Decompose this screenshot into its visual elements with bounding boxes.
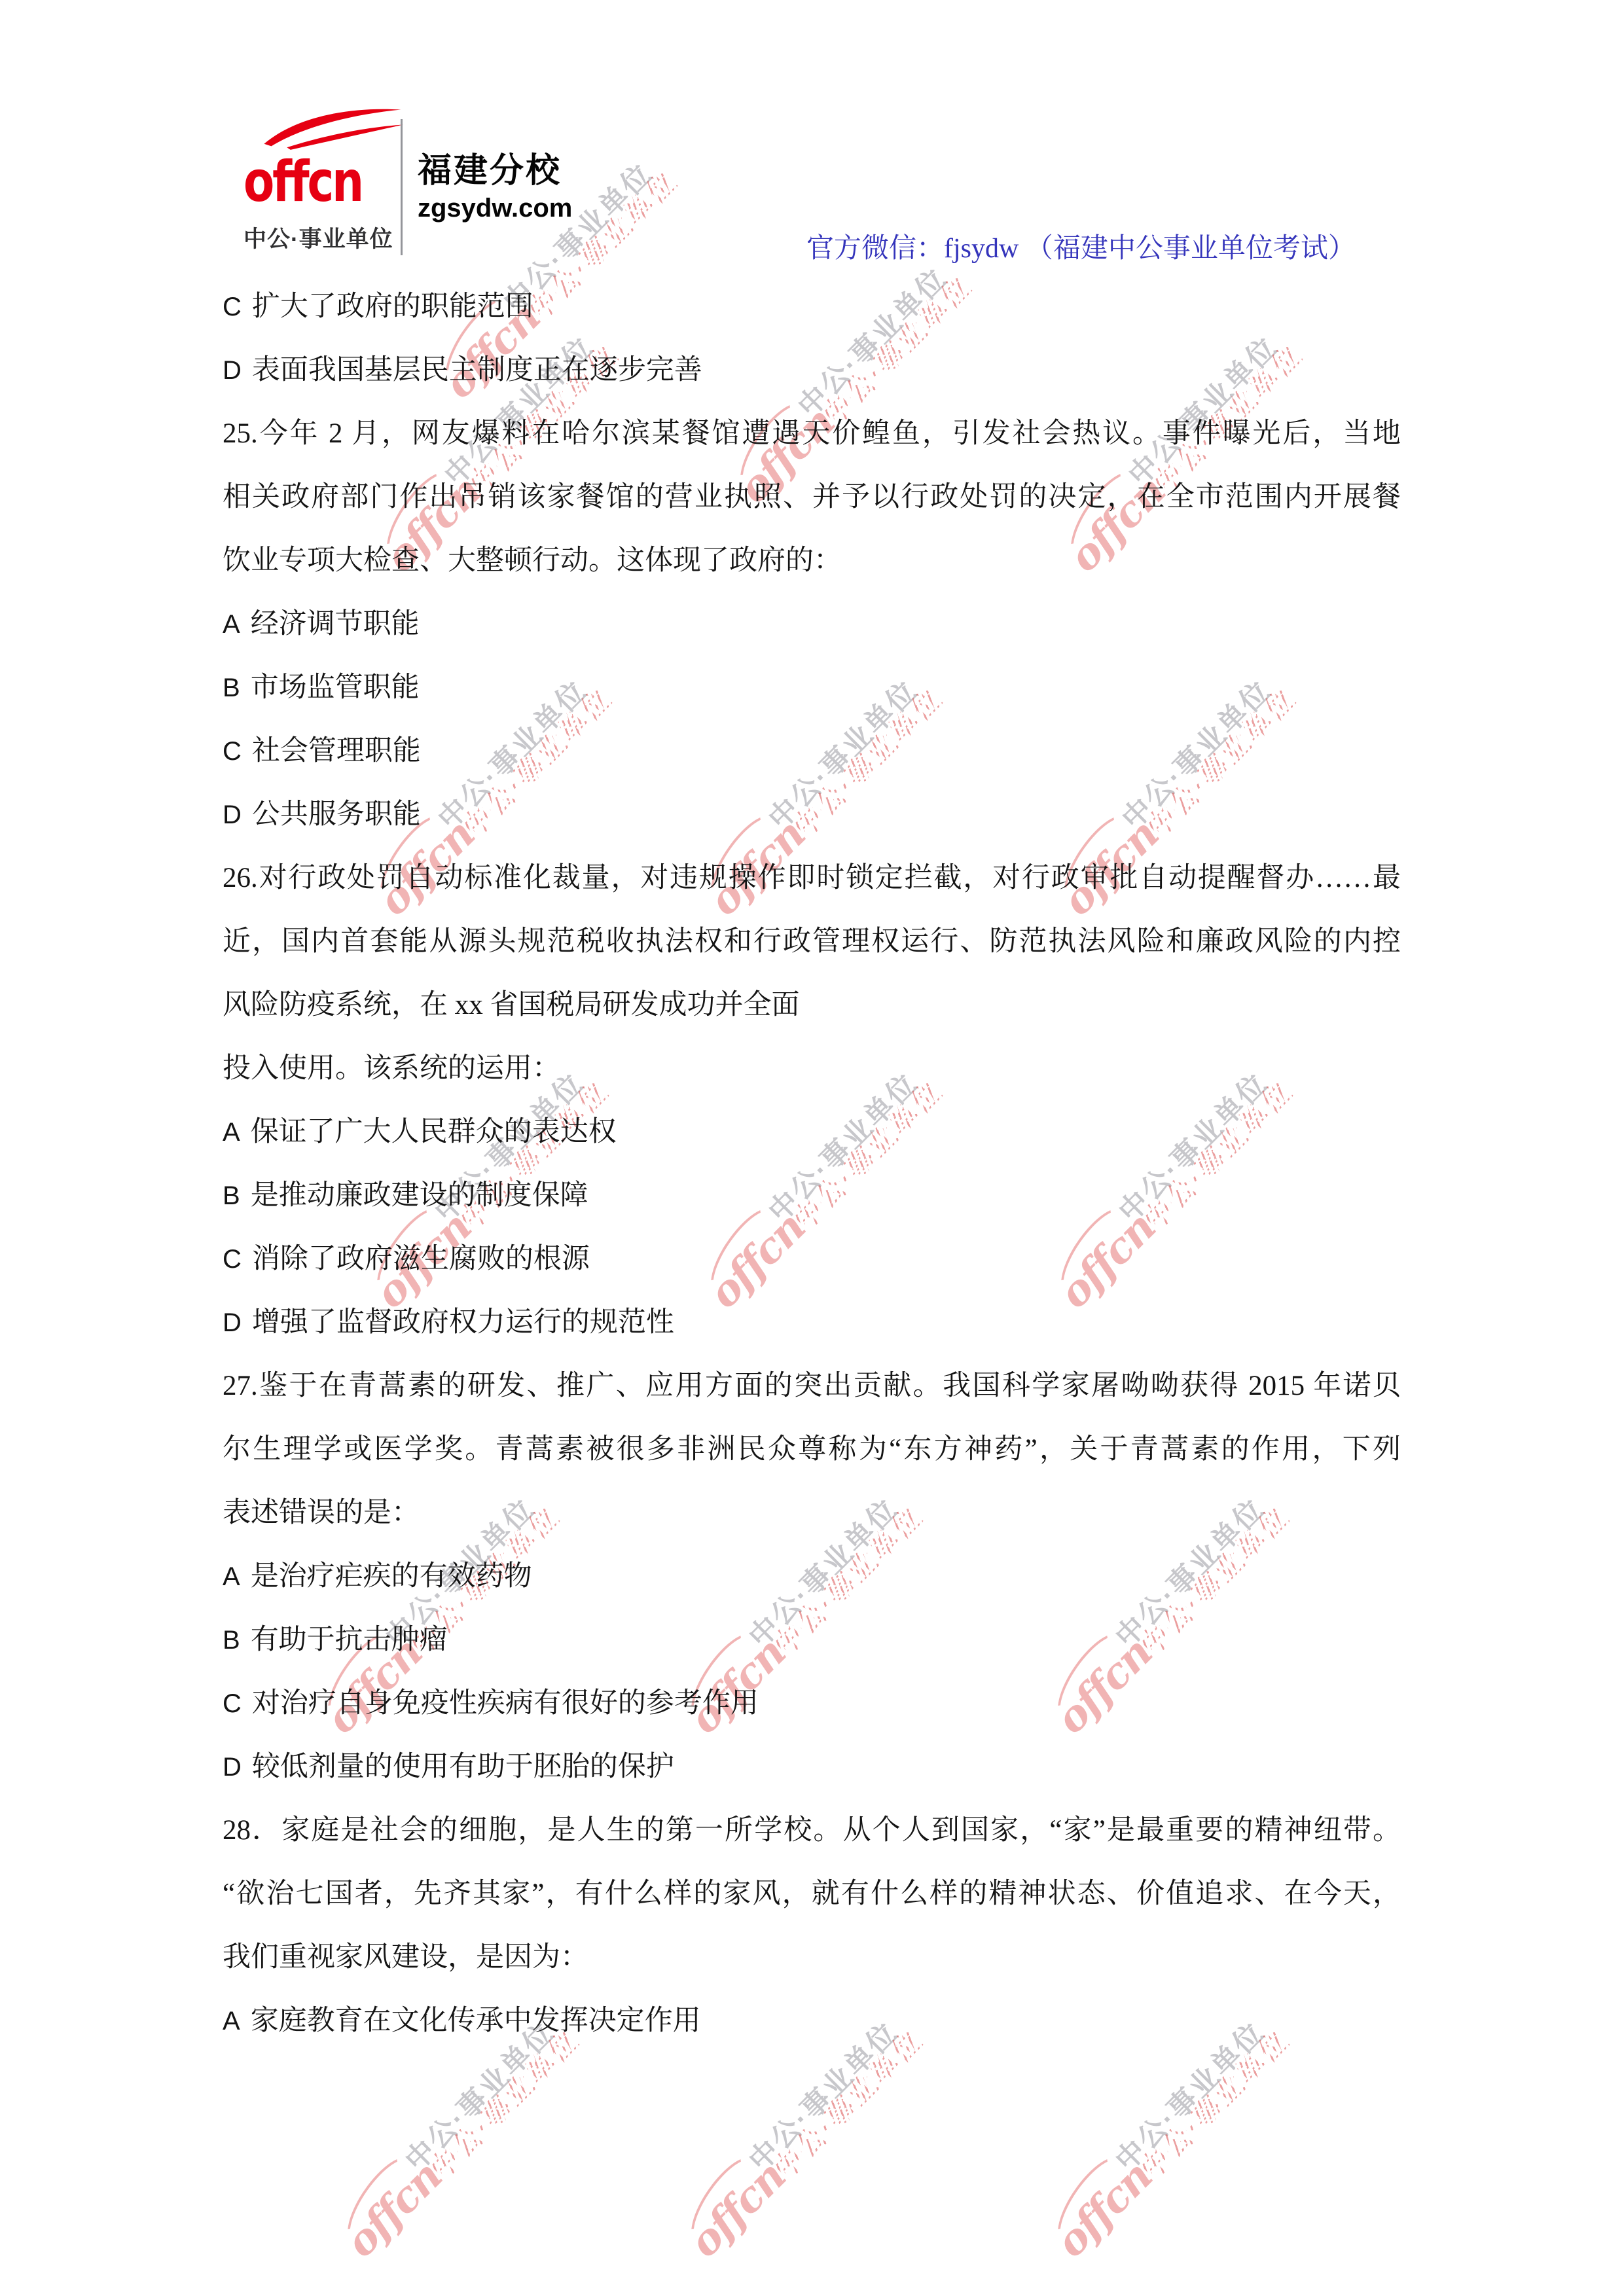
logo-swoosh-icon <box>261 105 405 151</box>
option-line: A家庭教育在文化传承中发挥决定作用 <box>223 2002 1401 2043</box>
option-letter: B <box>223 1626 240 1655</box>
option-letter: A <box>223 2007 240 2036</box>
option-text: 是治疗疟疾的有效药物 <box>251 1561 532 1592</box>
option-text: 家庭教育在文化传承中发挥决定作用 <box>251 2005 701 2036</box>
option-text: 扩大了政府的职能范围 <box>252 291 533 322</box>
option-letter: C <box>223 1245 242 1274</box>
question-line: 尔生理学或医学奖。青蒿素被很多非洲民众尊称为“东方神药”，关于青蒿素的作用，下列 <box>223 1431 1401 1471</box>
option-line: D增强了监督政府权力运行的规范性 <box>223 1304 1401 1344</box>
question-line: 26.对行政处罚自动标准化裁量，对违规操作即时锁定拦截，对行政审批自动提醒督办…… <box>223 859 1401 900</box>
option-line: A保证了广大人民群众的表达权 <box>223 1113 1401 1154</box>
question-line: 27.鉴于在青蒿素的研发、推广、应用方面的突出贡献。我国科学家屠呦呦获得 201… <box>223 1367 1401 1408</box>
option-letter: A <box>223 610 240 639</box>
option-line: C对治疗自身免疫性疾病有很好的参考作用 <box>223 1685 1401 1725</box>
question-line: 投入使用。该系统的运用： <box>223 1050 1401 1090</box>
option-text: 公共服务职能 <box>252 799 421 830</box>
option-text: 有助于抗击肿瘤 <box>251 1624 448 1655</box>
logo-brand-subtext: 中公·事业单位 <box>244 221 393 254</box>
option-line: C消除了政府滋生腐败的根源 <box>223 1240 1401 1281</box>
option-line: C扩大了政府的职能范围 <box>223 288 1401 329</box>
option-line: B是推动廉政建设的制度保障 <box>223 1177 1401 1217</box>
option-text: 对治疗自身免疫性疾病有很好的参考作用 <box>252 1688 759 1719</box>
logo-website: zgsydw.com <box>418 194 572 223</box>
option-text: 较低剂量的使用有助于胚胎的保护 <box>252 1751 674 1782</box>
option-line: D公共服务职能 <box>223 796 1401 836</box>
option-text: 增强了监督政府权力运行的规范性 <box>252 1307 674 1338</box>
option-letter: A <box>223 1118 240 1147</box>
option-letter: B <box>223 673 240 702</box>
question-line: 饮业专项大检查、大整顿行动。这体现了政府的： <box>223 542 1401 583</box>
question-line: 风险防疫系统，在 xx 省国税局研发成功并全面 <box>223 986 1401 1027</box>
option-letter: D <box>223 800 242 829</box>
option-letter: B <box>223 1181 240 1210</box>
question-line: 28．家庭是社会的细胞，是人生的第一所学校。从个人到国家，“家”是最重要的精神纽… <box>223 1812 1401 1852</box>
question-line: 表述错误的是： <box>223 1494 1401 1535</box>
option-letter: C <box>223 293 242 321</box>
question-line: “欲治七国者，先齐其家”，有什么样的家风，就有什么样的精神状态、价值追求、在今天… <box>223 1875 1401 1916</box>
question-line: 相关政府部门作出吊销该家餐馆的营业执照、并予以行政处罚的决定，在全市范围内开展餐 <box>223 478 1401 519</box>
option-letter: C <box>223 1689 242 1718</box>
option-text: 保证了广大人民群众的表达权 <box>251 1117 617 1147</box>
option-line: C社会管理职能 <box>223 732 1401 773</box>
option-line: B有助于抗击肿瘤 <box>223 1621 1401 1662</box>
document-page: 中公·事业单位中公·事业单位offcn中公·事业单位中公·事业单位offcn中公… <box>0 0 1624 2296</box>
option-line: A是治疗疟疾的有效药物 <box>223 1558 1401 1598</box>
option-text: 经济调节职能 <box>251 609 420 639</box>
option-text: 表面我国基层民主制度正在逐步完善 <box>252 355 702 386</box>
logo-brand-text: offcn <box>244 149 362 215</box>
option-letter: C <box>223 737 242 766</box>
question-line: 我们重视家风建设，是因为： <box>223 1939 1401 1979</box>
official-wechat-line: 官方微信：fjsydw （福建中公事业单位考试） <box>806 226 1356 266</box>
option-letter: A <box>223 1562 240 1591</box>
option-line: D表面我国基层民主制度正在逐步完善 <box>223 351 1401 392</box>
option-letter: D <box>223 1308 242 1337</box>
option-text: 是推动廉政建设的制度保障 <box>251 1180 588 1211</box>
option-text: 消除了政府滋生腐败的根源 <box>252 1244 590 1274</box>
option-letter: D <box>223 356 242 385</box>
logo-divider <box>401 119 403 255</box>
option-text: 市场监管职能 <box>251 672 420 703</box>
question-line: 近，国内首套能从源头规范税收执法权和行政管理权运行、防范执法风险和廉政风险的内控 <box>223 923 1401 963</box>
logo-branch-name: 福建分校 <box>418 143 562 192</box>
option-line: B市场监管职能 <box>223 669 1401 709</box>
question-line: 25.今年 2 月，网友爆料在哈尔滨某餐馆遭遇天价鳇鱼，引发社会热议。事件曝光后… <box>223 415 1401 456</box>
option-line: D较低剂量的使用有助于胚胎的保护 <box>223 1748 1401 1789</box>
option-line: A经济调节职能 <box>223 605 1401 646</box>
option-text: 社会管理职能 <box>252 736 421 766</box>
option-letter: D <box>223 1753 242 1782</box>
